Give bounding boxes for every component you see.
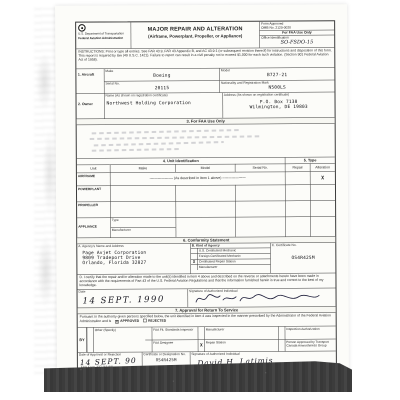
conformity-signature-cell: Signature of Authorized Individual: [188, 288, 336, 307]
agency-name-address-cell: A. Agency's Name and Address Page Avjet …: [77, 244, 190, 275]
instructions-text: INSTRUCTIONS: Print or type all entries.…: [76, 47, 334, 68]
powerplant-model-cell: [175, 185, 235, 201]
form-approved-cell: Form Approved OMB No. 2120-0020: [260, 21, 335, 30]
section-owner: 2. Owner Name (As shown on registration …: [76, 92, 334, 119]
kind-option-row: Foreign Certificated Mechanic: [191, 253, 271, 259]
kind-option-row: Manufacturer: [191, 264, 271, 270]
by-label: BY: [78, 328, 87, 353]
aircraft-section-label: 1. Aircraft: [76, 69, 104, 93]
airframe-note: -------------------- (As described in It…: [110, 172, 285, 186]
conformity-date-value: 14 SEPT. 1990: [77, 293, 187, 306]
approved-checkbox: X: [115, 320, 119, 324]
appliance-type-label: Type: [111, 218, 176, 228]
col-header-repair: Repair: [285, 163, 310, 171]
aircraft-make-value: Boeing: [104, 73, 219, 79]
kind-of-agency-cell: B. Kind of Agency U.S. Certificated Mech…: [190, 243, 270, 273]
powerplant-alteration-cell: [310, 184, 335, 200]
agency-address-line2: Orlando, Florida 32827: [77, 260, 190, 266]
certificate-no-value: OS4R425M: [271, 247, 336, 260]
col-header-serial: Serial No.: [235, 164, 285, 172]
row-airframe-label: AIRFRAME: [77, 172, 110, 185]
unit-identification-table: 4. Unit Identification 5. Type Unit Make…: [77, 157, 335, 238]
conformity-statement-text: D. I certify that the repair and/or alte…: [77, 273, 335, 289]
aircraft-model-cell: Model B727-21: [219, 68, 334, 81]
kind-repair-station-checkbox: X: [191, 260, 198, 265]
omb-box: Form Approved OMB No. 2120-0020 For FAA …: [259, 21, 334, 47]
office-identification-value: SO-FSDO-15: [261, 39, 333, 45]
owner-address-line2: Wilmington, DE 19803: [223, 104, 335, 110]
aircraft-registration-cell: Nationality and Registration Mark N500LS: [219, 80, 334, 93]
faa-designee-label: FAA Designee: [152, 340, 198, 353]
conformity-signature-scribble: [192, 291, 322, 305]
kind-mechanic-checkbox: [191, 249, 198, 254]
propeller-make-cell: [110, 201, 176, 217]
faint-stamp-mark: [94, 141, 224, 146]
other-label: Other (Specify): [93, 327, 145, 352]
powerplant-serial-cell: [235, 185, 285, 201]
col-header-alteration: Alteration: [310, 163, 335, 171]
row-powerplant-label: POWERPLANT: [77, 185, 110, 201]
omb-number: OMB No. 2120-0020: [261, 26, 333, 30]
office-identification-cell: Office Identification SO-FSDO-15: [260, 35, 335, 47]
owner-section-label: 2. Owner: [76, 94, 104, 119]
row-appliance-label: APPLIANCE: [77, 217, 110, 237]
conformity-date-cell: Date 14 SEPT. 1990: [78, 289, 188, 308]
faint-stamp-mark: [92, 148, 182, 152]
approval-certificate-label: Certificate or Designation No.: [142, 352, 190, 357]
form-title-block: MAJOR REPAIR AND ALTERATION (Airframe, P…: [131, 22, 259, 49]
approved-label: APPROVED: [120, 319, 139, 323]
approval-by-table: BY FAA Flt. Standards Inspector Manufact…: [78, 326, 336, 352]
appliance-serial-cell: [235, 217, 285, 237]
kind-option-row: X Certificated Repair Station: [191, 259, 271, 265]
form-subtitle: (Airframe, Powerplant, Propeller, or App…: [131, 33, 259, 39]
form-paper: U.S. Department of Transportation Federa…: [55, 4, 349, 378]
row-propeller-label: PROPELLER: [77, 201, 110, 217]
faa-use-stamp-area: [77, 124, 335, 158]
propeller-serial-cell: [235, 201, 285, 217]
appliance-model-cell: [176, 217, 236, 237]
appliance-alteration-cell: [310, 216, 335, 236]
rejected-checkbox: [143, 319, 147, 323]
owner-address-cell: Address (As shown on registration certif…: [222, 92, 334, 118]
owner-name-value: Northwest Holding Corporation: [105, 97, 223, 106]
agency-name-2: Federal Aviation Administration: [78, 37, 129, 41]
airframe-repair-cell: [285, 171, 310, 184]
appliance-manufacturer-label: Manufacturer: [111, 227, 176, 237]
section-aircraft: 1. Aircraft Make Boeing Model B727-21 Se…: [76, 67, 334, 93]
aircraft-serial-value: 20115: [104, 85, 219, 91]
faint-stamp-mark: [90, 135, 260, 140]
conformity-signature-row: Date 14 SEPT. 1990 Signature of Authoriz…: [78, 288, 336, 308]
powerplant-make-cell: [110, 185, 176, 201]
scanned-document-page: U.S. Department of Transportation Federa…: [0, 0, 400, 400]
form-title: MAJOR REPAIR AND ALTERATION: [131, 26, 259, 33]
faint-stamp-mark: [92, 129, 242, 134]
propeller-model-cell: [176, 201, 236, 217]
approval-certificate-value: OS4R425M: [142, 357, 190, 363]
kind-option-row: U.S. Certificated Mechanic: [191, 248, 271, 254]
kind-manufacturer-label: Manufacturer: [198, 265, 271, 270]
faa-form-337: U.S. Department of Transportation Federa…: [75, 20, 337, 370]
manufacturer-label: Manufacturer: [204, 327, 278, 340]
appliance-repair-cell: [285, 216, 310, 236]
repair-station-label: Repair Station: [204, 339, 278, 352]
certificate-no-cell: C. Certificate No. OS4R425M: [270, 243, 335, 273]
airframe-alteration-mark: X: [310, 171, 335, 184]
agency-block: U.S. Department of Transportation Federa…: [76, 22, 131, 48]
inspection-authorization-label: Inspection Authorization: [285, 326, 336, 339]
aircraft-model-value: B727-21: [220, 72, 335, 78]
transport-canada-label: Person Approved by Transport Canada Airw…: [285, 339, 336, 352]
conformity-abc-row: A. Agency's Name and Address Page Avjet …: [77, 243, 335, 274]
rejected-label: REJECTED: [148, 319, 166, 323]
form-header: U.S. Department of Transportation Federa…: [76, 21, 334, 48]
agency-name-1: U.S. Department of Transportation: [78, 32, 129, 36]
kind-foreign-mechanic-checkbox: [191, 254, 198, 259]
faa-inspector-label: FAA Flt. Standards Inspector: [152, 327, 198, 340]
aircraft-make-cell: Make Boeing: [104, 68, 219, 81]
appliance-type-manufacturer-cell: Type Manufacturer: [110, 217, 176, 237]
dot-logo-icon: [78, 24, 86, 32]
col-header-unit: Unit: [77, 164, 110, 172]
aircraft-registration-value: N500LS: [220, 85, 335, 91]
propeller-repair-cell: [285, 200, 310, 216]
owner-name-cell: Name (As shown on registration certifica…: [104, 93, 222, 119]
aircraft-serial-cell: Serial No. 20115: [104, 80, 219, 93]
kind-manufacturer-checkbox: [191, 265, 198, 270]
propeller-alteration-cell: [310, 200, 335, 216]
powerplant-repair-cell: [285, 184, 310, 200]
